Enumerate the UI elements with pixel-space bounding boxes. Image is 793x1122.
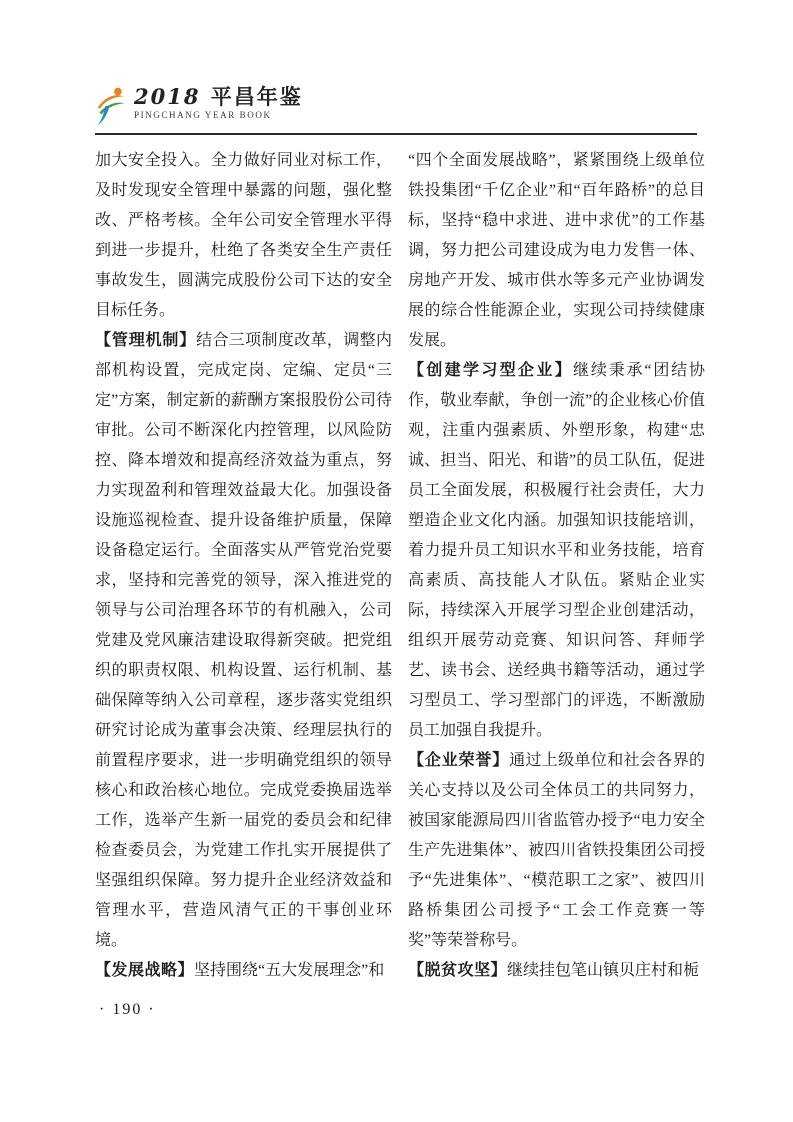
entry-heading: 【企业荣誉】: [408, 752, 509, 769]
left-column: 加大安全投入。全力做好同业对标工作，及时发现安全管理中暴露的问题，强化整改、严格…: [95, 146, 392, 986]
entry-heading: 【管理机制】: [95, 332, 196, 349]
paragraph-enterprise-honors: 【企业荣誉】通过上级单位和社会各界的关心支持以及公司全体员工的共同努力，被国家能…: [408, 746, 705, 956]
entry-heading: 【脱贫攻坚】: [408, 962, 507, 979]
yearbook-page: 2018 平昌年鉴 PINGCHANG YEAR BOOK 加大安全投入。全力做…: [0, 0, 793, 1122]
paragraph-learning-enterprise: 【创建学习型企业】继续秉承“团结协作，敬业奉献，争创一流”的企业核心价值观，注重…: [408, 356, 705, 746]
page-number: · 190 ·: [99, 1001, 156, 1018]
logo-year: 2018: [134, 84, 200, 109]
logo-title: 平昌年鉴: [211, 85, 303, 109]
entry-text: 加大安全投入。全力做好同业对标工作，及时发现安全管理中暴露的问题，强化整改、严格…: [95, 152, 392, 319]
entry-text: 通过上级单位和社会各界的关心支持以及公司全体员工的共同努力，被国家能源局四川省监…: [408, 752, 705, 949]
logo-text: 2018 平昌年鉴 PINGCHANG YEAR BOOK: [134, 84, 303, 120]
paragraph-poverty-alleviation: 【脱贫攻坚】继续挂包笔山镇贝庄村和栀: [408, 956, 705, 986]
paragraph-development-strategy: 【发展战略】坚持围绕“五大发展理念”和: [95, 956, 392, 986]
entry-text: 坚持围绕“五大发展理念”和: [194, 962, 384, 979]
entry-text: “四个全面发展战略”，紧紧围绕上级单位铁投集团“千亿企业”和“百年路桥”的总目标…: [408, 152, 705, 349]
header-divider: [95, 133, 697, 135]
logo-figure-icon: [95, 84, 129, 128]
logo-title-line: 2018 平昌年鉴: [134, 86, 303, 108]
yearbook-logo: 2018 平昌年鉴 PINGCHANG YEAR BOOK: [95, 84, 697, 128]
paragraph-continuation: 加大安全投入。全力做好同业对标工作，及时发现安全管理中暴露的问题，强化整改、严格…: [95, 146, 392, 326]
entry-heading: 【发展战略】: [95, 962, 194, 979]
page-header: 2018 平昌年鉴 PINGCHANG YEAR BOOK: [95, 84, 697, 128]
logo-subtitle: PINGCHANG YEAR BOOK: [134, 110, 303, 120]
paragraph-management-mechanism: 【管理机制】结合三项制度改革，调整内部机构设置，完成定岗、定编、定员“三定”方案…: [95, 326, 392, 956]
right-column: “四个全面发展战略”，紧紧围绕上级单位铁投集团“千亿企业”和“百年路桥”的总目标…: [408, 146, 705, 986]
entry-heading: 【创建学习型企业】: [408, 362, 573, 379]
page-body: 加大安全投入。全力做好同业对标工作，及时发现安全管理中暴露的问题，强化整改、严格…: [95, 146, 705, 986]
page-footer: · 190 ·: [99, 1001, 156, 1019]
entry-text: 继续挂包笔山镇贝庄村和栀: [507, 962, 699, 979]
entry-text: 继续秉承“团结协作，敬业奉献，争创一流”的企业核心价值观，注重内强素质、外塑形象…: [408, 362, 705, 739]
paragraph-continuation: “四个全面发展战略”，紧紧围绕上级单位铁投集团“千亿企业”和“百年路桥”的总目标…: [408, 146, 705, 356]
entry-text: 结合三项制度改革，调整内部机构设置，完成定岗、定编、定员“三定”方案，制定新的薪…: [95, 332, 392, 949]
